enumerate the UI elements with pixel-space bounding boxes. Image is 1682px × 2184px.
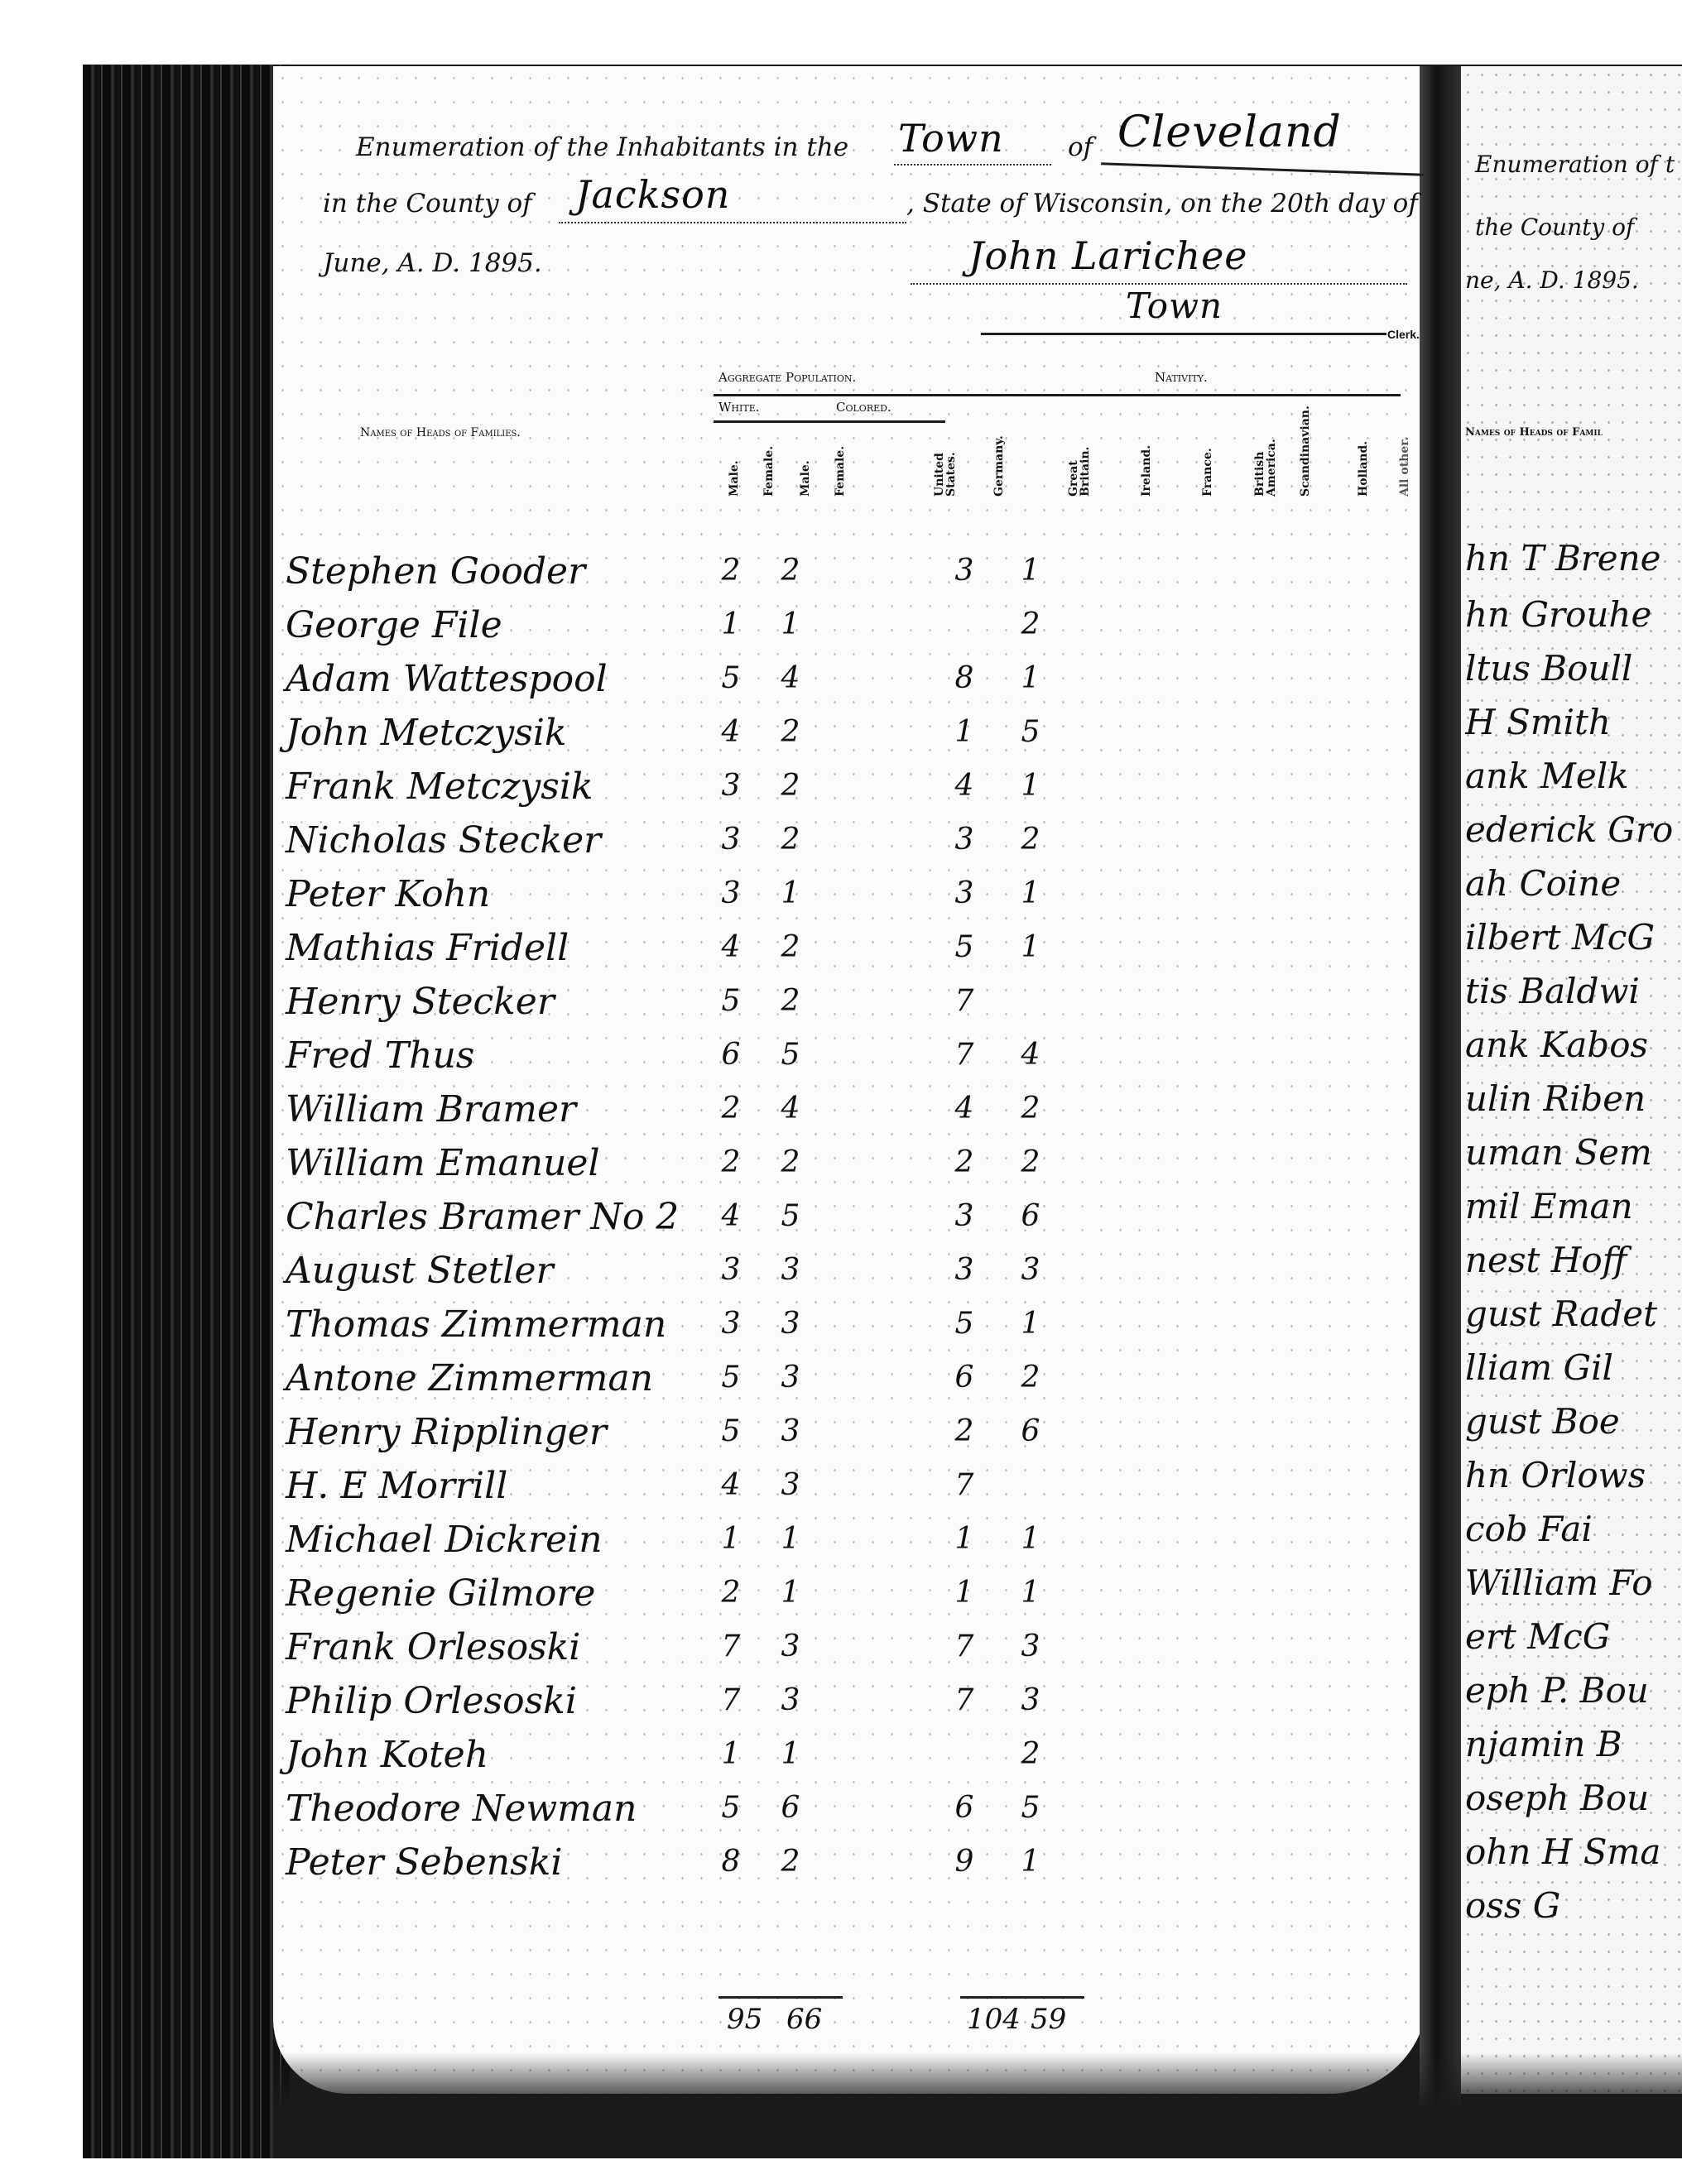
names-header: Names of Heads of Families.: [360, 426, 521, 439]
white-male-count: 5: [714, 1361, 747, 1394]
head-of-family: H. E Morrill: [286, 1465, 507, 1507]
head-of-family: Regenie Gilmore: [286, 1572, 595, 1615]
table-row: Peter Sebenski 8 2 9 1: [286, 1841, 1411, 1894]
table-row: August Stetler 3 3 3 3: [286, 1250, 1411, 1303]
head-of-family: Henry Ripplinger: [286, 1411, 607, 1453]
right-page-date: ne, A. D. 1895.: [1465, 266, 1639, 294]
county-prefix: in the County of: [323, 189, 532, 218]
germany-born-count: 3: [1014, 1683, 1047, 1717]
germany-born-count: 6: [1014, 1199, 1047, 1233]
us-born-count: 2: [948, 1145, 981, 1179]
right-page-name: gust Radet: [1465, 1294, 1682, 1334]
right-page-name: ilbert McG: [1465, 917, 1682, 958]
white-female-count: 3: [774, 1630, 807, 1663]
right-page-name: oss G: [1465, 1885, 1682, 1926]
germany-born-count: 1: [1014, 1576, 1047, 1610]
white-male-count: 7: [714, 1630, 747, 1663]
header-rule-race: [714, 420, 945, 423]
right-page-name: eph P. Bou: [1465, 1670, 1682, 1711]
right-page-name: H Smith: [1465, 702, 1682, 742]
germany-born-count: 1: [1014, 1307, 1047, 1341]
head-of-family: Theodore Newman: [286, 1788, 637, 1830]
germany-born-count: 1: [1014, 930, 1047, 964]
clerk-label: Clerk.: [1387, 328, 1420, 341]
table-row: John Koteh 1 1 2: [286, 1734, 1411, 1787]
germany-born-count: 1: [1014, 1845, 1047, 1879]
right-page-title: Enumeration of t: [1475, 151, 1675, 178]
right-page-name: ank Kabos: [1465, 1025, 1682, 1065]
right-page-names-header: Names of Heads of Famil: [1465, 426, 1603, 439]
county-line: [559, 222, 906, 223]
table-row: Michael Dickrein 1 1 1 1: [286, 1519, 1411, 1572]
right-page-name: hn Grouhe: [1465, 594, 1682, 635]
table-row: Frank Orlesoski 7 3 7 3: [286, 1626, 1411, 1679]
right-page-name: lliam Gil: [1465, 1347, 1682, 1388]
head-of-family: Peter Kohn: [286, 873, 490, 915]
white-male-count: 3: [714, 1307, 747, 1341]
head-of-family: Antone Zimmerman: [286, 1357, 653, 1399]
white-male-count: 1: [714, 607, 747, 641]
table-row: H. E Morrill 4 3 7: [286, 1465, 1411, 1518]
white-male-count: 2: [714, 1092, 747, 1126]
white-female-count: 3: [774, 1414, 807, 1448]
germany-born-count: 2: [1014, 1092, 1047, 1126]
us-born-count: 7: [948, 1683, 981, 1717]
germany-born-count: 3: [1014, 1630, 1047, 1663]
head-of-family: Stephen Gooder: [286, 550, 585, 593]
germany-born-count: 4: [1014, 1038, 1047, 1072]
white-female-count: 3: [774, 1253, 807, 1287]
table-row: Henry Stecker 5 2 7: [286, 981, 1411, 1034]
right-page-name: ltus Boull: [1465, 648, 1682, 689]
white-female-count: 2: [774, 823, 807, 857]
col-white-female: Female.: [763, 426, 775, 497]
head-of-family: Adam Wattespool: [286, 658, 608, 700]
germany-born-count: 1: [1014, 554, 1047, 588]
col-british-america: British America.: [1254, 418, 1277, 497]
right-page-name: ulin Riben: [1465, 1078, 1682, 1119]
white-male-count: 5: [714, 984, 747, 1018]
germany-born-count: 1: [1014, 769, 1047, 803]
right-page-name: ederick Gro: [1465, 809, 1682, 850]
table-row: Charles Bramer No 2 4 5 3 6: [286, 1196, 1411, 1249]
white-male-count: 3: [714, 769, 747, 803]
right-page-name: nest Hoff: [1465, 1240, 1682, 1280]
right-page-name: William Fo: [1465, 1562, 1682, 1603]
col-white-male: Male.: [728, 439, 740, 497]
germany-born-count: 1: [1014, 661, 1047, 695]
right-page-name: tis Baldwi: [1465, 971, 1682, 1011]
head-of-family: Thomas Zimmerman: [286, 1303, 666, 1346]
clerk-office-line: [981, 333, 1386, 335]
us-born-count: 4: [948, 1092, 981, 1126]
total-germany-born: 59: [1031, 2003, 1066, 2036]
us-born-count: 3: [948, 554, 981, 588]
white-female-count: 4: [774, 1092, 807, 1126]
us-born-count: 7: [948, 1630, 981, 1663]
white-header: White.: [718, 400, 760, 415]
white-totals-rule: [718, 1996, 843, 1999]
white-male-count: 1: [714, 1522, 747, 1556]
white-male-count: 7: [714, 1683, 747, 1717]
table-row: Adam Wattespool 5 4 8 1: [286, 658, 1411, 711]
white-male-count: 6: [714, 1038, 747, 1072]
white-male-count: 4: [714, 1199, 747, 1233]
right-page-name: gust Boe: [1465, 1401, 1682, 1442]
white-female-count: 3: [774, 1468, 807, 1502]
right-page-name: cob Fai: [1465, 1509, 1682, 1549]
date-text: June, A. D. 1895.: [323, 248, 542, 278]
form-title-prefix: Enumeration of the Inhabitants in the: [356, 132, 848, 162]
table-row: Regenie Gilmore 2 1 1 1: [286, 1572, 1411, 1625]
municipality-name: Cleveland: [1117, 108, 1342, 157]
head-of-family: Frank Metczysik: [286, 766, 594, 808]
us-born-count: 3: [948, 823, 981, 857]
white-female-count: 2: [774, 554, 807, 588]
aggregate-population-header: Aggregate Population.: [718, 370, 856, 385]
col-france: France.: [1202, 430, 1213, 497]
table-row: Henry Ripplinger 5 3 2 6: [286, 1411, 1411, 1464]
table-row: Stephen Gooder 2 2 3 1: [286, 550, 1411, 603]
clerk-name-line: [911, 283, 1407, 285]
head-of-family: John Metczysik: [286, 712, 567, 754]
germany-born-count: 5: [1014, 1791, 1047, 1825]
head-of-family: Charles Bramer No 2: [286, 1196, 679, 1238]
head-of-family: John Koteh: [286, 1734, 488, 1776]
municipality-type-line: [894, 164, 1051, 166]
col-ireland: Ireland.: [1141, 430, 1152, 497]
us-born-count: 3: [948, 1253, 981, 1287]
col-united-states: United States.: [934, 422, 957, 497]
white-female-count: 3: [774, 1683, 807, 1717]
white-male-count: 5: [714, 1414, 747, 1448]
white-male-count: 8: [714, 1845, 747, 1879]
white-female-count: 1: [774, 607, 807, 641]
col-great-britain: Great Britain.: [1068, 418, 1091, 497]
col-colored-male: Male.: [800, 439, 811, 497]
us-born-count: 3: [948, 1199, 981, 1233]
right-page-name: njamin B: [1465, 1724, 1682, 1764]
germany-born-count: 2: [1014, 1145, 1047, 1179]
table-row: Antone Zimmerman 5 3 6 2: [286, 1357, 1411, 1410]
head-of-family: George File: [286, 604, 502, 646]
white-female-count: 2: [774, 769, 807, 803]
head-of-family: Frank Orlesoski: [286, 1626, 580, 1668]
head-of-family: Peter Sebenski: [286, 1841, 562, 1884]
germany-born-count: 2: [1014, 1737, 1047, 1771]
white-female-count: 5: [774, 1199, 807, 1233]
right-page-name: ah Coine: [1465, 863, 1682, 904]
table-row: John Metczysik 4 2 1 5: [286, 712, 1411, 765]
germany-born-count: 1: [1014, 1522, 1047, 1556]
us-born-count: 1: [948, 1576, 981, 1610]
head-of-family: Fred Thus: [286, 1034, 474, 1077]
white-male-count: 2: [714, 1576, 747, 1610]
white-female-count: 4: [774, 661, 807, 695]
white-male-count: 2: [714, 554, 747, 588]
white-male-count: 4: [714, 715, 747, 749]
col-scandinavian: Scandinavian.: [1300, 422, 1311, 497]
municipality-type: Town: [898, 116, 1004, 161]
white-female-count: 2: [774, 930, 807, 964]
clerk-office: Town: [1126, 286, 1223, 326]
white-male-count: 3: [714, 876, 747, 910]
book-binding: [83, 65, 290, 2158]
germany-born-count: 3: [1014, 1253, 1047, 1287]
state-text: , State of Wisconsin, on the 20th day of: [906, 189, 1418, 218]
head-of-family: Nicholas Stecker: [286, 819, 601, 862]
us-born-count: 3: [948, 876, 981, 910]
white-female-count: 2: [774, 984, 807, 1018]
white-male-count: 2: [714, 1145, 747, 1179]
table-row: Nicholas Stecker 3 2 3 2: [286, 819, 1411, 872]
white-female-count: 1: [774, 1737, 807, 1771]
us-born-count: 2: [948, 1414, 981, 1448]
page-gutter: [1420, 66, 1461, 2152]
right-page-name: oseph Bou: [1465, 1778, 1682, 1818]
white-female-count: 1: [774, 1522, 807, 1556]
us-born-count: 8: [948, 661, 981, 695]
col-colored-female: Female.: [834, 426, 846, 497]
table-row: Philip Orlesoski 7 3 7 3: [286, 1680, 1411, 1733]
col-holland: Holland.: [1358, 430, 1369, 497]
table-row: Thomas Zimmerman 3 3 5 1: [286, 1303, 1411, 1356]
us-born-count: 5: [948, 930, 981, 964]
us-born-count: 1: [948, 1522, 981, 1556]
us-born-count: 4: [948, 769, 981, 803]
us-born-count: 6: [948, 1791, 981, 1825]
white-female-count: 2: [774, 715, 807, 749]
us-born-count: 1: [948, 715, 981, 749]
us-born-count: 7: [948, 1038, 981, 1072]
white-male-count: 5: [714, 661, 747, 695]
scan-bottom-shadow: [273, 2052, 1682, 2158]
germany-born-count: 2: [1014, 823, 1047, 857]
head-of-family: William Emanuel: [286, 1142, 600, 1184]
germany-born-count: 5: [1014, 715, 1047, 749]
us-born-count: 6: [948, 1361, 981, 1394]
white-male-count: 3: [714, 823, 747, 857]
head-of-family: August Stetler: [286, 1250, 554, 1292]
white-male-count: 3: [714, 1253, 747, 1287]
white-female-count: 3: [774, 1361, 807, 1394]
right-page-name: ohn H Sma: [1465, 1831, 1682, 1872]
germany-born-count: 1: [1014, 876, 1047, 910]
header-rule-top: [714, 394, 1401, 396]
white-female-count: 1: [774, 876, 807, 910]
nativity-totals-rule: [960, 1996, 1084, 1999]
white-female-count: 3: [774, 1307, 807, 1341]
table-row: Peter Kohn 3 1 3 1: [286, 873, 1411, 926]
col-all-other: All other.: [1399, 430, 1410, 497]
total-white-female: 66: [786, 2003, 822, 2036]
us-born-count: 7: [948, 1468, 981, 1502]
right-page-name: hn T Brene: [1465, 538, 1682, 578]
white-male-count: 1: [714, 1737, 747, 1771]
total-white-male: 95: [727, 2003, 762, 2036]
nativity-header: Nativity.: [1155, 370, 1208, 385]
right-page-name: uman Sem: [1465, 1132, 1682, 1173]
white-female-count: 1: [774, 1576, 807, 1610]
us-born-count: 5: [948, 1307, 981, 1341]
right-page-name: mil Eman: [1465, 1186, 1682, 1226]
table-row: Fred Thus 6 5 7 4: [286, 1034, 1411, 1087]
germany-born-count: 6: [1014, 1414, 1047, 1448]
germany-born-count: 2: [1014, 1361, 1047, 1394]
white-male-count: 4: [714, 930, 747, 964]
white-female-count: 2: [774, 1145, 807, 1179]
table-row: Theodore Newman 5 6 6 5: [286, 1788, 1411, 1841]
total-us-born: 104: [967, 2003, 1021, 2036]
table-row: Mathias Fridell 4 2 5 1: [286, 927, 1411, 980]
white-male-count: 4: [714, 1468, 747, 1502]
head-of-family: William Bramer: [286, 1088, 576, 1130]
table-row: William Bramer 2 4 4 2: [286, 1088, 1411, 1141]
white-male-count: 5: [714, 1791, 747, 1825]
right-page-name: ert McG: [1465, 1616, 1682, 1657]
right-page-name: ank Melk: [1465, 756, 1682, 796]
colored-header: Colored.: [836, 400, 891, 415]
right-page-name: hn Orlows: [1465, 1455, 1682, 1495]
head-of-family: Philip Orlesoski: [286, 1680, 577, 1722]
head-of-family: Michael Dickrein: [286, 1519, 603, 1561]
right-page-county: the County of: [1475, 214, 1634, 241]
us-born-count: 7: [948, 984, 981, 1018]
of-label: of: [1068, 132, 1093, 162]
us-born-count: 9: [948, 1845, 981, 1879]
head-of-family: Mathias Fridell: [286, 927, 569, 969]
table-row: George File 1 1 2: [286, 604, 1411, 657]
white-female-count: 5: [774, 1038, 807, 1072]
white-female-count: 6: [774, 1791, 807, 1825]
germany-born-count: 2: [1014, 607, 1047, 641]
white-female-count: 2: [774, 1845, 807, 1879]
col-germany: Germany.: [993, 418, 1005, 497]
head-of-family: Henry Stecker: [286, 981, 555, 1023]
clerk-name: John Larichee: [968, 233, 1248, 278]
table-row: William Emanuel 2 2 2 2: [286, 1142, 1411, 1195]
county-name: Jackson: [575, 172, 730, 217]
table-row: Frank Metczysik 3 2 4 1: [286, 766, 1411, 818]
